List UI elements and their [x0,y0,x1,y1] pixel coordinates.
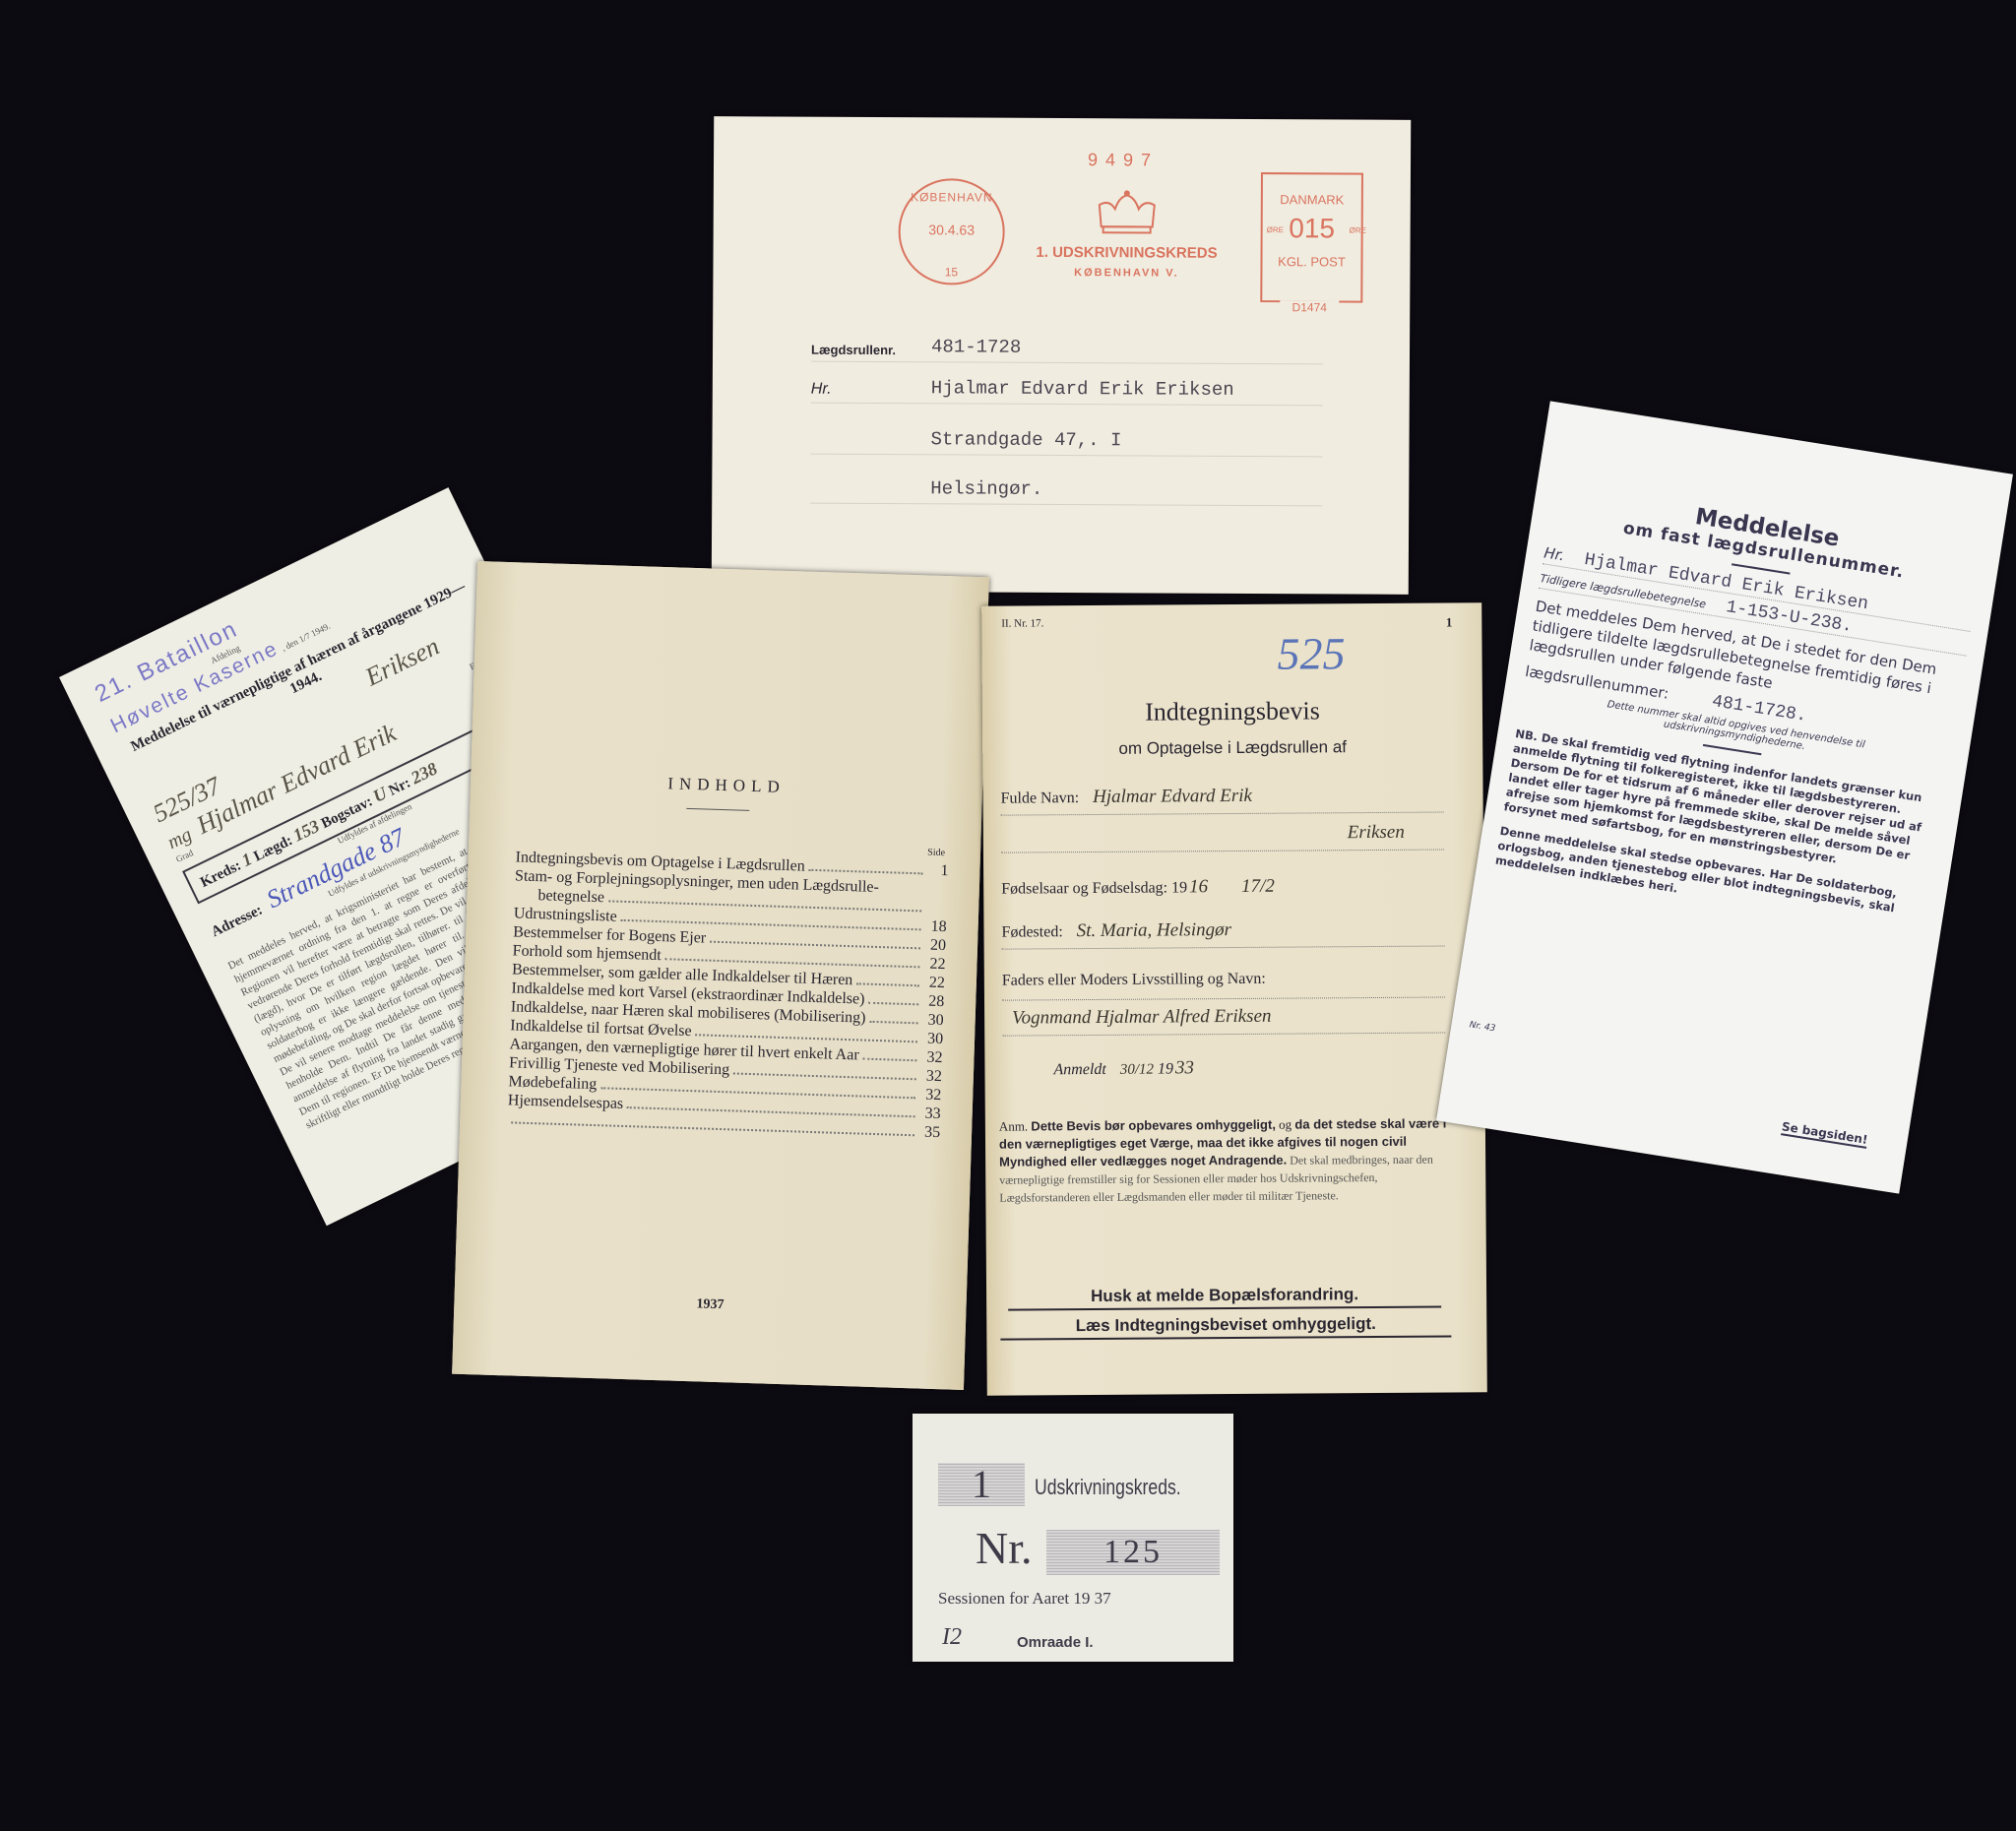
toc-list: Indtegningsbevis om Optagelse i Lægdsrul… [507,848,949,1142]
postage-meter: DANMARK ØRE 015 ØRE KGL. POST D1474 [1260,172,1363,303]
booklet-year: 1937 [454,1290,966,1321]
kreds-number: 1 [938,1463,1025,1506]
handwritten-code: I2 [942,1624,962,1651]
postmark: KØBENHAVN 30.4.63 15 [898,178,1005,285]
roll-number-value: 481-1728 [931,336,1021,357]
parent-label: Faders eller Moders Livsstilling og Navn… [1002,971,1266,989]
birth-day: 17/2 [1241,876,1275,897]
toc-divider [686,808,749,811]
recipient-city: Helsingør. [930,477,1042,500]
envelope: KØBENHAVN 30.4.63 15 9497 1. UDSKRIVNING… [712,116,1412,595]
meter-unit-left: ØRE [1267,225,1275,234]
kreds-label: Udskrivningskreds. [1035,1475,1181,1500]
full-name-field-2: Eriksen [1001,822,1444,853]
crown-icon [1096,189,1159,236]
nr-value: 238 [408,758,440,788]
salutation: Hr. [811,381,832,399]
city-row: Helsingør. [810,470,1322,507]
laegd-value: 153 [289,816,322,846]
postmark-city: KØBENHAVN [901,190,1003,205]
postmark-date: 30.4.63 [901,221,1003,238]
birth-year: 16 [1189,876,1208,897]
meter-serial: 9497 [1088,150,1159,170]
name-row: Hr. Hjalmar Edvard Erik Eriksen [811,369,1323,407]
reminder-read-certificate: Læs Indtegningsbeviset omhyggeligt. [1000,1313,1451,1340]
birthplace-field: Fødested: St. Maria, Helsingør [1001,918,1444,950]
full-name-label: Fulde Navn: [1001,789,1080,807]
full-name-line2: Eriksen [1348,822,1405,843]
meter-unit-right: ØRE [1350,226,1357,235]
registered-year: 33 [1175,1057,1194,1078]
meter-code: D1474 [1280,300,1339,314]
registration-certificate-page: II. Nr. 17. 1 525 Indtegningsbevis om Op… [981,602,1487,1396]
nr-label: Nr. [976,1522,1033,1574]
sender-block: 1. UDSKRIVNINGSKREDS KØBENHAVN V. [1028,244,1225,280]
roll-number-row: Lægdsrullenr. 481-1728 [811,328,1323,365]
area-label: Omraade I. [1017,1634,1094,1651]
postmark-number: 15 [900,265,1002,280]
reminder-address-change: Husk at melde Bopælsforandring. [1008,1285,1441,1311]
form-number: Nr. 43 [1469,1020,1496,1034]
parent-field: Faders eller Moders Livsstilling og Navn… [1002,970,1445,1001]
full-name-line1: Hjalmar Edvard Erik [1093,786,1252,807]
full-name-field: Fulde Navn: Hjalmar Edvard Erik [1000,785,1443,816]
certificate-title: Indtegningsbevis [982,695,1482,728]
nr-value: 125 [1046,1530,1220,1575]
session-slip: 1 Udskrivningskreds. Nr. 125 Sessionen f… [913,1414,1233,1662]
meter-country: DANMARK [1263,192,1361,208]
salutation: Hr. [1543,543,1565,564]
roll-number-label: Lægdsrullenr. [811,343,896,357]
street-row: Strandgade 47,. I [810,420,1322,458]
note-bold: Dette Bevis bør opbevares omhyggeligt, [1031,1117,1276,1134]
registered-day: 30/12 [1120,1062,1154,1078]
registered-label: Anmeldt [1053,1061,1105,1078]
parent-field-2: Vognmand Hjalmar Alfred Eriksen [1002,1005,1445,1037]
birthplace-value: St. Maria, Helsingør [1077,919,1231,941]
meter-service: KGL. POST [1262,254,1360,270]
fixed-roll-number-notice: Meddelelse om fast lægdsrullenummer. Hr.… [1436,401,2013,1193]
sender-name: 1. UDSKRIVNINGSKREDS [1029,244,1226,262]
form-code: II. Nr. 17. [1001,617,1043,629]
toc-title: INDHOLD [471,768,982,803]
booklet-contents-page: INDHOLD Side Indtegningsbevis om Optagel… [452,561,989,1390]
toc-side-label: Side [927,848,945,859]
recipient-street: Strandgade 47,. I [930,428,1121,451]
birth-label: Fødselsaar og Fødselsdag: 19 [1001,879,1187,897]
notice-divider-2 [1703,744,1762,755]
ink-number: 525 [1277,627,1345,679]
session-year: Sessionen for Aaret 19 37 [938,1589,1111,1609]
recipient-name: Hjalmar Edvard Erik Eriksen [931,377,1234,401]
sender-city: KØBENHAVN V. [1028,267,1225,280]
parent-value: Vognmand Hjalmar Alfred Eriksen [1012,1006,1271,1029]
certificate-note: Anm. Dette Bevis bør opbevares omhyggeli… [999,1114,1451,1206]
see-back-note: Se bagsiden! [1781,1119,1869,1149]
nr-label: Nr: [386,775,412,798]
certificate-subtitle: om Optagelse i Lægdsrullen af [982,736,1482,760]
note-prefix: Anm. [999,1118,1028,1133]
birthplace-label: Fødested: [1001,923,1062,940]
registered-year-prefix: 19 [1158,1060,1173,1077]
registered-field: Anmeldt 30/12 1933 [1053,1056,1445,1087]
page-number: 1 [1446,614,1453,630]
birth-field: Fødselsaar og Fødselsdag: 1916 17/2 [1001,875,1444,906]
notice-divider [1732,563,1791,574]
